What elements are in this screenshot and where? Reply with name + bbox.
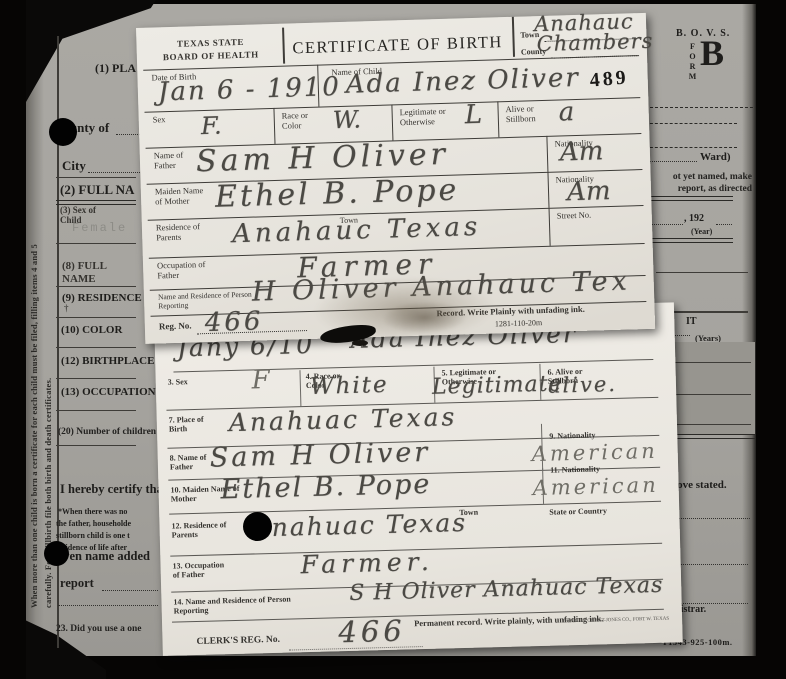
divider-line: [56, 410, 136, 411]
state-certificate-card: TEXAS STATE BOARD OF HEALTH CERTIFICATE …: [136, 13, 655, 344]
sex-value: F: [251, 365, 270, 395]
legitimate-value: L: [464, 100, 482, 130]
ward-fragment: Ward): [700, 151, 731, 163]
column-divider: [549, 208, 551, 246]
state-country-label: State or Country: [549, 506, 607, 517]
agency-name-line1: TEXAS STATE: [144, 36, 276, 50]
divider-line: [656, 272, 748, 273]
alive-value: alive.: [548, 372, 618, 398]
agency-name-line2: BOARD OF HEALTH: [145, 49, 277, 63]
field-9-residence-label: (9) RESIDENCE: [62, 292, 142, 304]
street-number-label: Street No.: [557, 211, 592, 222]
divider-dashed-line: [645, 106, 753, 108]
divider-dashed-line: [640, 146, 737, 148]
race-value: W.: [332, 105, 361, 134]
margin-note-line1: When more than one child is born a certi…: [29, 126, 39, 608]
alive-label: Alive or Stillborn: [505, 104, 550, 125]
reporting-value: S H Oliver Anahuac Texas: [349, 573, 664, 606]
field-city-label: City: [62, 158, 86, 174]
mother-value: Ethel B. Pope: [220, 469, 431, 506]
certify-text: I hereby certify tha: [60, 482, 163, 497]
race-label: Race or Color: [282, 111, 321, 132]
nationality-mother-value: American: [532, 473, 659, 500]
reporting-label: 14. Name and Residence of Person Reporti…: [173, 594, 303, 616]
sex-typed-value: Female: [72, 221, 127, 235]
column-divider: [547, 172, 549, 208]
occupation-label: 13. Occupation of Father: [172, 560, 232, 580]
leader-dots: [102, 589, 158, 591]
form-code-word: FORM: [688, 42, 697, 84]
field-12-birthplace-label: (12) BIRTHPLACE: [61, 355, 154, 367]
child-name-value: Ada Inez Oliver: [345, 63, 580, 100]
clerk-certificate-card: Jany 6/10 Ada Inez Oliver 3. Sex F 4. Ra…: [154, 302, 683, 655]
punch-hole: [44, 541, 69, 566]
scanned-birth-certificate-photo: When more than one child is born a certi…: [0, 0, 786, 679]
residence-value: Anahuac Texas: [251, 508, 467, 543]
leader-dots: [88, 171, 140, 173]
divider-dotted-line: [674, 563, 748, 565]
ink-blot-small: [352, 340, 368, 346]
mother-value: Ethel B. Pope: [215, 172, 460, 214]
residence-value: Anahauc Texas: [232, 212, 482, 249]
nationality-father-value: American: [531, 439, 658, 466]
record-ink-note: Record. Write Plainly with unfading ink.: [436, 305, 584, 319]
form-code-letter-b: B: [700, 32, 724, 74]
residence-label: Residence of Parents: [156, 222, 209, 243]
field-8-fullname-label: (8) FULL NAME: [62, 260, 110, 285]
nationality-father-value: Am: [559, 136, 603, 167]
county-value: Chambers: [536, 29, 653, 56]
above-stated-fragment: bove stated.: [671, 479, 727, 491]
clerk-reg-label: CLERK'S REG. No.: [196, 635, 280, 648]
divider-line: [56, 177, 136, 178]
not-yet-named-line2: report, as directed: [648, 184, 752, 194]
mother-label: Maiden Name of Mother: [155, 186, 212, 207]
footnote-line1: *When there was no: [58, 507, 127, 516]
birthplace-label: 7. Place of Birth: [169, 414, 215, 434]
form-right-edge-shadow: [742, 4, 756, 656]
sex-value: F.: [201, 112, 222, 141]
reg-number-label: Reg. No.: [159, 320, 192, 331]
column-divider: [273, 108, 275, 144]
question-23-label: 23. Did you use a one: [56, 624, 142, 634]
divider-double-line: [670, 434, 755, 439]
field-1-place-label: (1) PLA: [95, 61, 136, 76]
nationality-mother-value: Am: [567, 176, 611, 207]
leader-dots: [116, 133, 140, 135]
header-divider: [512, 17, 515, 57]
nationality-father-label: 9. Nationality: [549, 430, 595, 440]
divider-line: [56, 445, 136, 446]
field-13-occupation-label: (13) OCCUPATION: [61, 386, 156, 398]
divider-line: [56, 286, 136, 287]
dob-value: Jan 6 - 1910: [157, 72, 341, 107]
field-10-color-label: (10) COLOR: [61, 324, 122, 336]
column-divider: [299, 370, 301, 406]
divider-dashed-line: [640, 122, 737, 124]
report-label: report: [60, 576, 94, 591]
sex-label: 3. Sex: [168, 377, 188, 387]
footnote-line3: stillborn child is one t: [56, 531, 130, 540]
footnote-line2: the father, householde: [56, 519, 131, 528]
divider-line: [56, 347, 136, 348]
field-20-children-label: (20) Number of children: [58, 427, 156, 437]
header-divider: [282, 28, 285, 64]
nationality-mother-label: 11. Nationality: [550, 464, 600, 474]
divider-line: [56, 243, 136, 244]
year-192-fragment: , 192: [684, 213, 704, 224]
father-value: Sam H Oliver: [209, 437, 430, 474]
punch-hole: [49, 118, 77, 146]
dagger-mark: †: [64, 303, 69, 313]
leader-dots: [716, 223, 732, 225]
legitimate-value: Legitimate: [432, 371, 563, 399]
divider-double-line: [640, 196, 733, 201]
occupation-label: Occupation of Father: [157, 260, 210, 281]
alive-value: a: [558, 97, 574, 127]
field-2-fullname-label: (2) FULL NA: [60, 182, 134, 198]
it-fragment: IT: [686, 316, 697, 327]
divider-line: [56, 317, 136, 318]
certificate-title: CERTIFICATE OF BIRTH: [286, 33, 508, 59]
divider-dotted-line: [58, 604, 158, 606]
father-label: Name of Father: [154, 150, 201, 171]
year-caption: (Year): [691, 227, 712, 236]
column-divider: [546, 136, 548, 172]
legitimate-label: Legitimate or Otherwise: [399, 106, 458, 127]
leader-dots: [643, 160, 697, 162]
punch-hole: [243, 512, 272, 541]
column-divider: [391, 104, 393, 140]
birthplace-value: Anahuac Texas: [228, 402, 457, 437]
sex-label: Sex: [153, 115, 166, 125]
not-yet-named-line1: ot yet named, make: [648, 172, 752, 182]
card-print-code: 1281-110-20m: [495, 318, 543, 329]
stamped-file-number: 489: [589, 66, 630, 92]
divider-double-line: [640, 238, 733, 243]
clerk-reg-value: 466: [338, 614, 406, 650]
race-value: White: [310, 372, 389, 400]
divider-line: [56, 378, 136, 379]
occupation-value: Farmer.: [300, 547, 434, 579]
residence-label: 12. Residence of Parents: [171, 520, 237, 540]
column-divider: [497, 101, 499, 137]
